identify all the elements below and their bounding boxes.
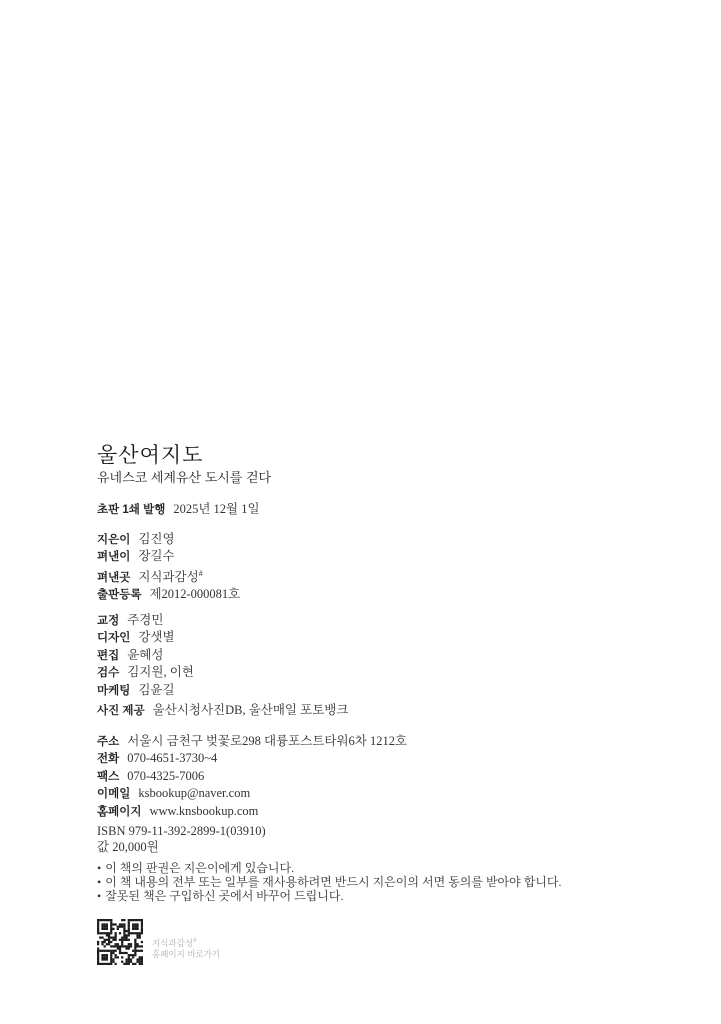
notice-text: 이 책의 판권은 지은이에게 있습니다. xyxy=(105,861,294,875)
credit-label: 교정 xyxy=(97,615,119,627)
contact-value: www.knsbookup.com xyxy=(149,804,258,818)
notice-text: 이 책 내용의 전부 또는 일부를 재사용하려면 반드시 지은이의 서면 동의를… xyxy=(105,875,561,889)
credit-row-registration: 출판등록 제2012-000081호 xyxy=(97,586,697,604)
publisher-name: 지식과감성 xyxy=(138,570,198,584)
credit-label: 출판등록 xyxy=(97,589,141,601)
notice-item: •잘못된 책은 구입하신 곳에서 바꾸어 드립니다. xyxy=(97,889,697,903)
credit-label: 펴낸곳 xyxy=(97,572,130,584)
contact-label: 주소 xyxy=(97,736,119,748)
credit-value: 장길수 xyxy=(138,549,174,563)
photo-credit-label: 사진 제공 xyxy=(97,705,145,717)
contact-value: ksbookup@naver.com xyxy=(138,786,250,800)
contact-row-address: 주소 서울시 금천구 벚꽃로298 대륭포스트타워6차 1212호 xyxy=(97,733,697,751)
qr-link-text: 홈페이지 바로가기 xyxy=(152,949,220,960)
price-line: 값 20,000원 xyxy=(97,840,697,856)
contact-label: 이메일 xyxy=(97,788,130,800)
credit-value: 강샛별 xyxy=(138,630,174,644)
credit-value: 김진영 xyxy=(138,532,174,546)
contact-label: 팩스 xyxy=(97,771,119,783)
isbn-block: ISBN 979-11-392-2899-1(03910) 값 20,000원 xyxy=(97,824,697,855)
notice-item: •이 책 내용의 전부 또는 일부를 재사용하려면 반드시 지은이의 서면 동의… xyxy=(97,875,697,889)
credits-block-2: 교정 주경민 디자인 강샛별 편집 윤혜성 검수 김지원, 이현 마케팅 김윤길 xyxy=(97,612,697,700)
credit-row-publisher-person: 펴낸이 장길수 xyxy=(97,548,697,566)
notices-block: •이 책의 판권은 지은이에게 있습니다. •이 책 내용의 전부 또는 일부를… xyxy=(97,861,697,903)
publisher-mark: # xyxy=(199,569,203,578)
credit-label: 검수 xyxy=(97,667,119,679)
credit-value: 윤혜성 xyxy=(127,648,163,662)
credit-label: 마케팅 xyxy=(97,685,130,697)
credit-value: 주경민 xyxy=(127,613,163,627)
bullet-marker: • xyxy=(97,889,101,903)
contact-row-phone: 전화 070-4651-3730~4 xyxy=(97,750,697,768)
credit-row-publisher-company: 펴낸곳 지식과감성# xyxy=(97,566,697,587)
edition-value: 2025년 12월 1일 xyxy=(173,502,259,516)
edition-row: 초판 1쇄 발행 2025년 12월 1일 xyxy=(97,501,697,519)
credits-block-1: 지은이 김진영 펴낸이 장길수 펴낸곳 지식과감성# 출판등록 제2012-00… xyxy=(97,531,697,604)
contact-block: 주소 서울시 금천구 벚꽃로298 대륭포스트타워6차 1212호 전화 070… xyxy=(97,733,697,821)
credit-row-design: 디자인 강샛별 xyxy=(97,629,697,647)
qr-publisher-line: 지식과감성# xyxy=(152,936,220,949)
credit-label: 지은이 xyxy=(97,534,130,546)
credit-row-proofread: 교정 주경민 xyxy=(97,612,697,630)
credit-value: 제2012-000081호 xyxy=(149,587,240,601)
bullet-marker: • xyxy=(97,861,101,875)
bullet-marker: • xyxy=(97,875,101,889)
credit-label: 펴낸이 xyxy=(97,551,130,563)
book-subtitle: 유네스코 세계유산 도시를 걷다 xyxy=(97,469,697,487)
contact-value: 070-4325-7006 xyxy=(127,769,204,783)
credit-label: 디자인 xyxy=(97,632,130,644)
credit-label: 편집 xyxy=(97,650,119,662)
contact-row-fax: 팩스 070-4325-7006 xyxy=(97,768,697,786)
notice-item: •이 책의 판권은 지은이에게 있습니다. xyxy=(97,861,697,875)
contact-value: 서울시 금천구 벚꽃로298 대륭포스트타워6차 1212호 xyxy=(127,734,407,748)
book-title: 울산여지도 xyxy=(97,443,697,467)
contact-row-homepage: 홈페이지 www.knsbookup.com xyxy=(97,803,697,821)
contact-label: 홈페이지 xyxy=(97,806,141,818)
credit-value: 김지원, 이현 xyxy=(127,665,194,679)
contact-value: 070-4651-3730~4 xyxy=(127,751,217,765)
credit-value: 지식과감성# xyxy=(138,570,202,584)
colophon-page: 울산여지도 유네스코 세계유산 도시를 걷다 초판 1쇄 발행 2025년 12… xyxy=(0,0,721,1024)
contact-row-email: 이메일 ksbookup@naver.com xyxy=(97,785,697,803)
isbn-line: ISBN 979-11-392-2899-1(03910) xyxy=(97,824,697,840)
credit-row-review: 검수 김지원, 이현 xyxy=(97,664,697,682)
qr-caption: 지식과감성# 홈페이지 바로가기 xyxy=(152,936,220,960)
photo-credit-row: 사진 제공 울산시청사진DB, 울산매일 포토뱅크 xyxy=(97,702,697,720)
credit-row-author: 지은이 김진영 xyxy=(97,531,697,549)
contact-label: 전화 xyxy=(97,753,119,765)
notice-text: 잘못된 책은 구입하신 곳에서 바꾸어 드립니다. xyxy=(105,889,343,903)
credit-row-marketing: 마케팅 김윤길 xyxy=(97,682,697,700)
credit-row-editing: 편집 윤혜성 xyxy=(97,647,697,665)
photo-credit-value: 울산시청사진DB, 울산매일 포토뱅크 xyxy=(153,703,349,717)
qr-block: 지식과감성# 홈페이지 바로가기 xyxy=(97,919,697,965)
credit-value: 김윤길 xyxy=(138,683,174,697)
qr-publisher: 지식과감성 xyxy=(152,938,193,948)
qr-code xyxy=(97,919,143,965)
edition-label: 초판 1쇄 발행 xyxy=(97,504,165,516)
qr-publisher-mark: # xyxy=(193,938,196,944)
colophon-content: 울산여지도 유네스코 세계유산 도시를 걷다 초판 1쇄 발행 2025년 12… xyxy=(97,443,697,965)
